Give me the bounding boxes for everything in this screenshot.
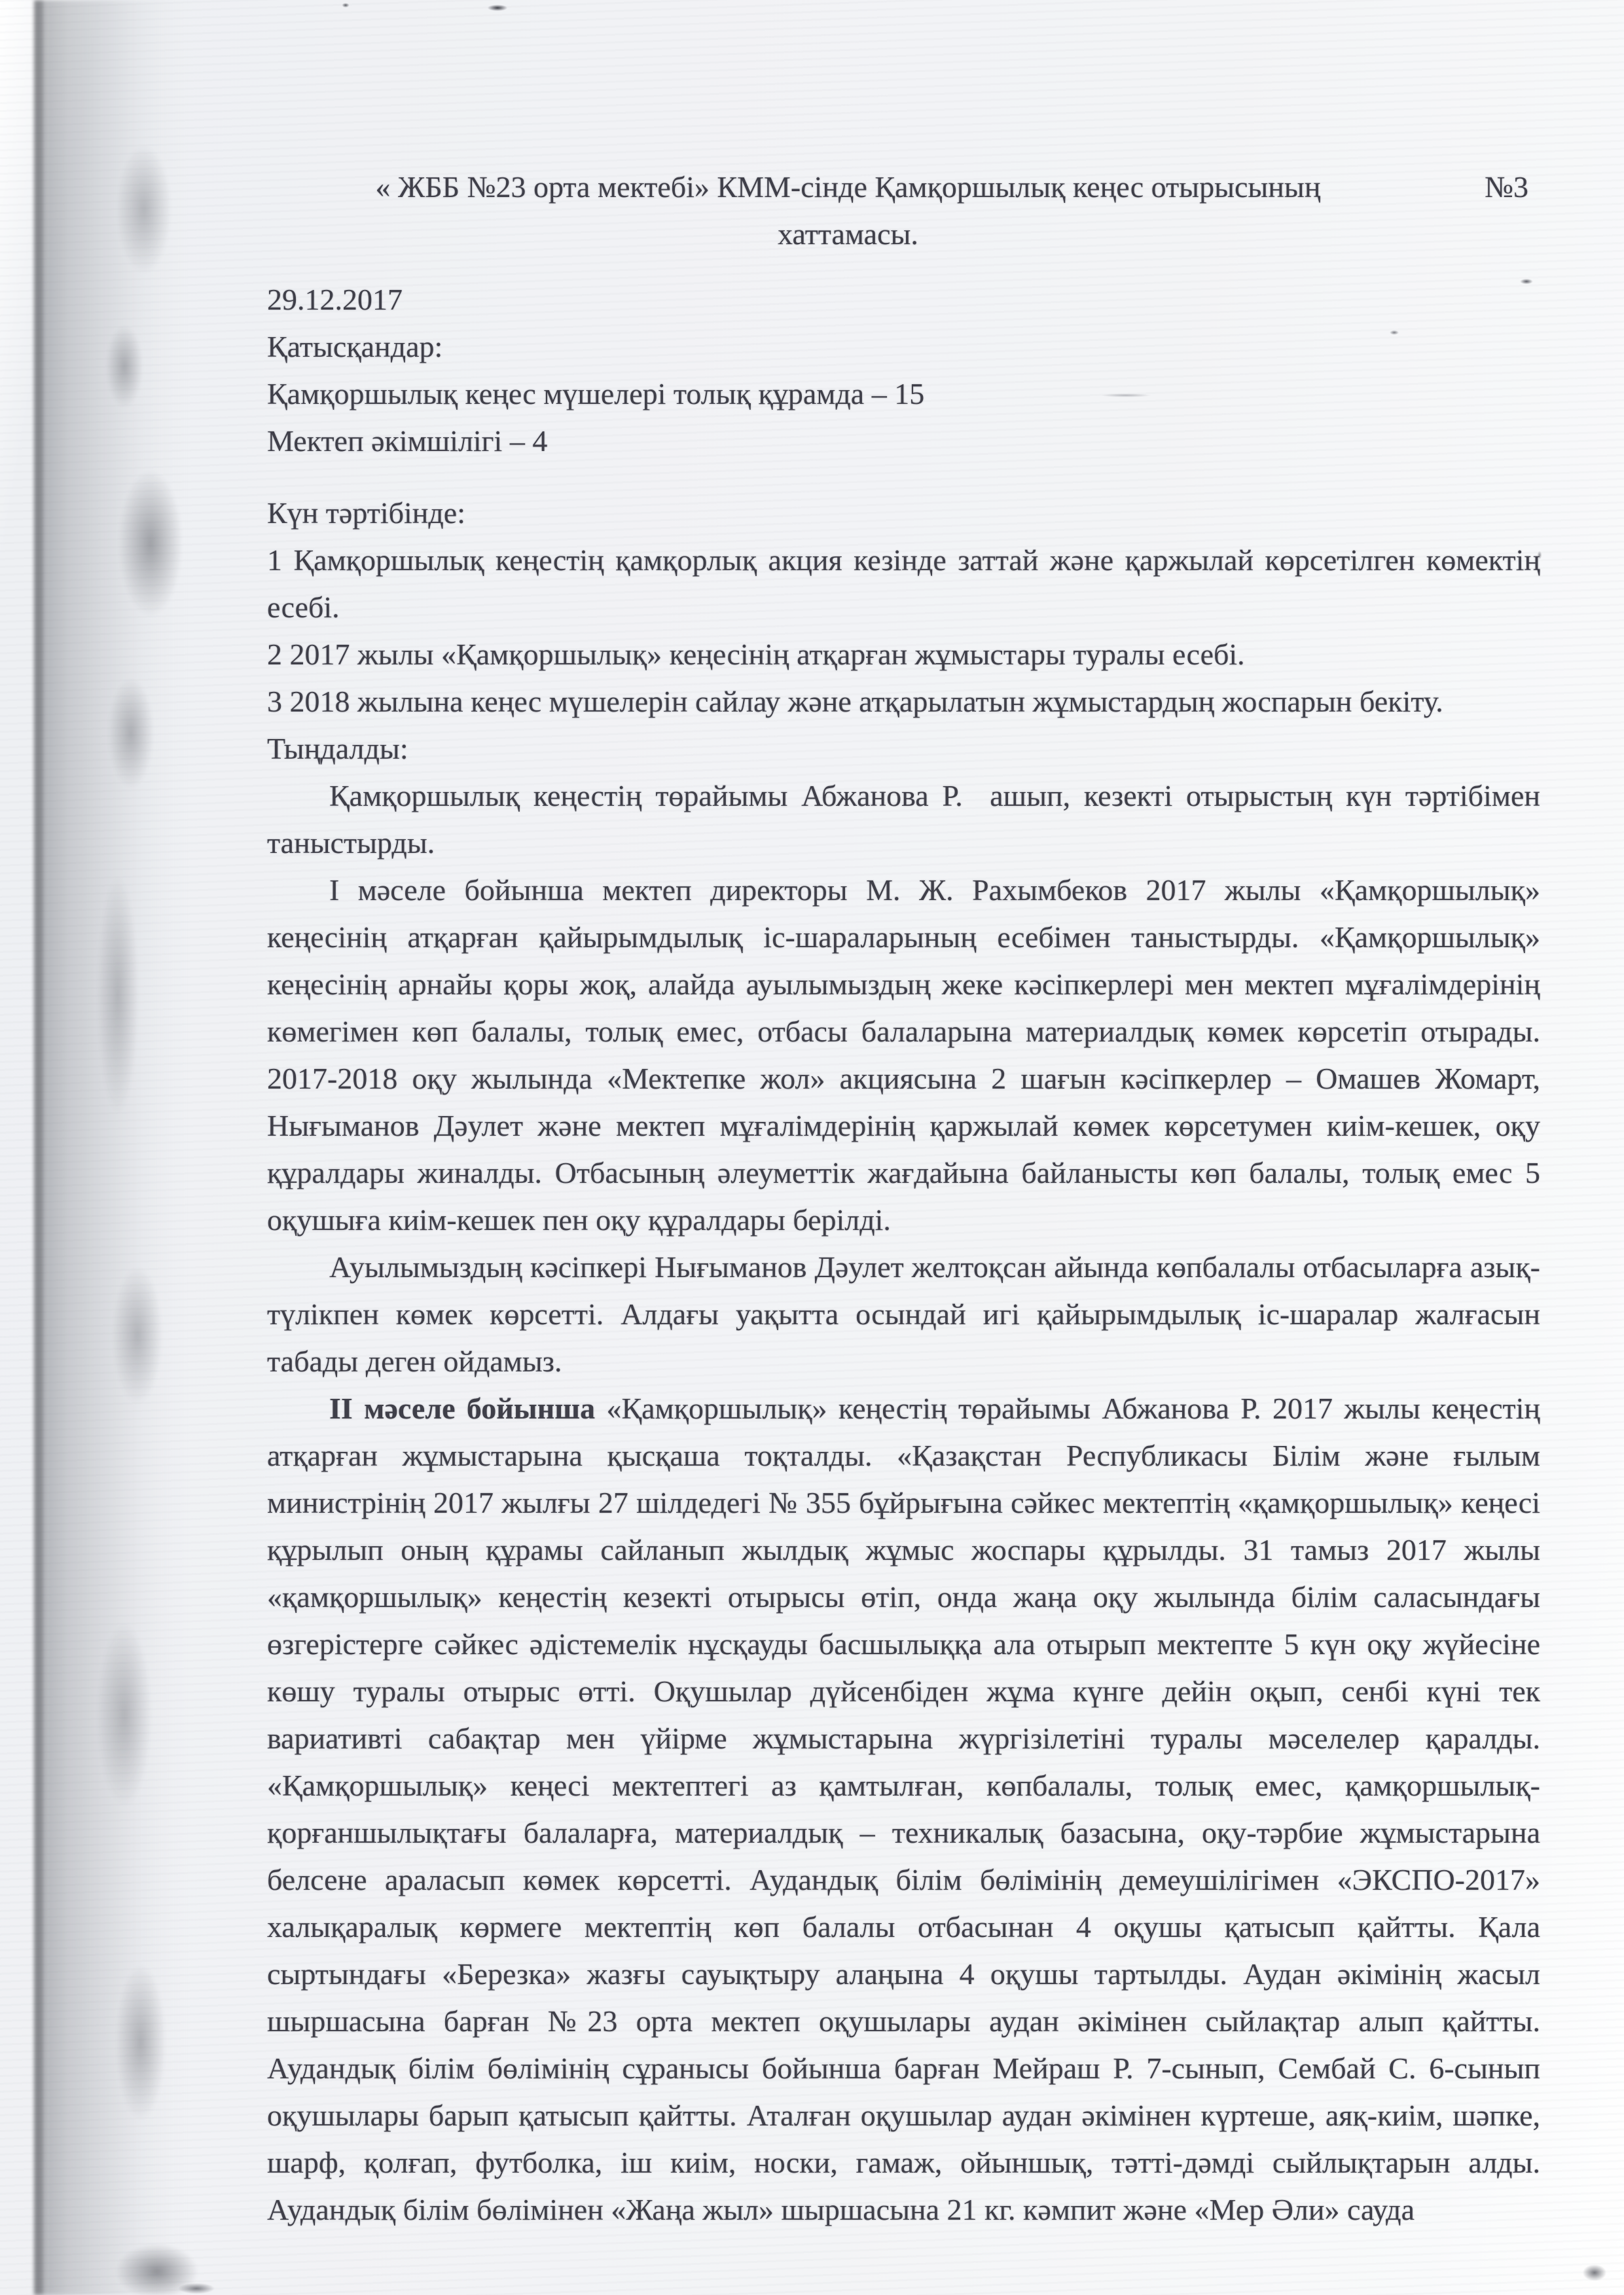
agenda-item-3: 3 2018 жылына кеңес мүшелерін сайлау жән…: [267, 678, 1540, 725]
agenda-item-1: 1 Қамқоршылық кеңестің қамқорлық акция к…: [267, 537, 1540, 631]
paragraph-issue-2-lead: II мәселе бойынша: [329, 1392, 595, 1425]
title-line-2: хаттамасы.: [267, 211, 1429, 258]
paragraph-issue-1: I мәселе бойынша мектеп директоры М. Ж. …: [267, 867, 1540, 1244]
scanned-document-page: { "page": { "title_line1": "« ЖББ №23 ор…: [0, 0, 1624, 2295]
attendees-line-2: Мектеп әкімшілігі – 4: [267, 418, 1540, 465]
paragraph-charity: Ауылымыздың кәсіпкері Нығыманов Дәулет ж…: [267, 1244, 1540, 1385]
spacer: [267, 258, 1540, 276]
protocol-number: №3: [1485, 164, 1528, 211]
paragraph-issue-2-text: «Қамқоршылық» кеңестің төрайымы Абжанова…: [267, 1392, 1540, 2226]
agenda-heading: Күн тәртібінде:: [267, 490, 1540, 537]
attendees-line-1: Қамқоршылық кеңес мүшелері толық құрамда…: [267, 370, 1540, 418]
agenda-block: Күн тәртібінде: 1 Қамқоршылық кеңестің қ…: [267, 490, 1540, 772]
document-title: « ЖББ №23 орта мектебі» КММ-сінде Қамқор…: [267, 164, 1429, 258]
document-content: « ЖББ №23 орта мектебі» КММ-сінде Қамқор…: [267, 164, 1540, 2233]
paragraph-issue-2: II мәселе бойынша «Қамқоршылық» кеңестің…: [267, 1385, 1540, 2233]
spacer: [267, 465, 1540, 490]
meeting-date: 29.12.2017: [267, 276, 1540, 323]
paragraph-opening: Қамқоршылық кеңестің төрайымы Абжанова Р…: [267, 772, 1540, 867]
heard-label: Тыңдалды:: [267, 725, 1540, 772]
minutes-body: Қамқоршылық кеңестің төрайымы Абжанова Р…: [267, 772, 1540, 2233]
agenda-item-2: 2 2017 жылы «Қамқоршылық» кеңесінің атқа…: [267, 631, 1540, 678]
title-line-1: « ЖББ №23 орта мектебі» КММ-сінде Қамқор…: [267, 164, 1429, 211]
attendees-label: Қатысқандар:: [267, 323, 1540, 370]
meta-block: 29.12.2017 Қатысқандар: Қамқоршылық кеңе…: [267, 276, 1540, 465]
document-header: « ЖББ №23 орта мектебі» КММ-сінде Қамқор…: [267, 164, 1540, 258]
